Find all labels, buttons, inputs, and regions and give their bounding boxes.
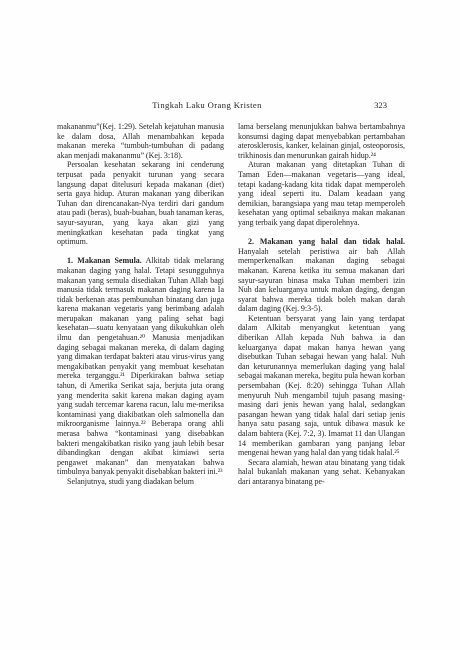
- section-paragraph: 2. Makanan yang halal dan tidak halal. H…: [238, 237, 405, 314]
- paragraph: lama berselang menunjukkan bahwa bertamb…: [238, 122, 405, 160]
- page-number: 323: [353, 99, 387, 111]
- section-heading: 2. Makanan yang halal dan tidak halal.: [248, 237, 405, 246]
- book-page: Tingkah Laku Orang Kristen 323 makananmu…: [0, 0, 460, 650]
- paragraph: Aturan makanan yang ditetapkan Tuhan di …: [238, 160, 405, 227]
- section-paragraph: 1. Makanan Semula. Alkitab tidak melaran…: [57, 256, 224, 477]
- column-left: makananmu”(Kej. 1:29). Setelah kejatuhan…: [57, 122, 224, 487]
- paragraph: Secara alamiah, hewan atau binatang yang…: [238, 458, 405, 487]
- running-head: Tingkah Laku Orang Kristen 323: [57, 99, 404, 113]
- column-right: lama berselang menunjukkan bahwa bertamb…: [238, 122, 405, 487]
- paragraph: Persoalan kesehatan sekarang ini cenderu…: [57, 160, 224, 246]
- paragraph: makananmu”(Kej. 1:29). Setelah kejatuhan…: [57, 122, 224, 160]
- page-title: Tingkah Laku Orang Kristen: [57, 99, 357, 111]
- paragraph: Ketentuan bersyarat yang lain yang terda…: [238, 314, 405, 458]
- text-block: makananmu”(Kej. 1:29). Setelah kejatuhan…: [57, 122, 405, 487]
- paragraph: Selanjutnya, studi yang diadakan belum: [57, 477, 224, 487]
- section-heading: 1. Makanan Semula.: [67, 256, 142, 265]
